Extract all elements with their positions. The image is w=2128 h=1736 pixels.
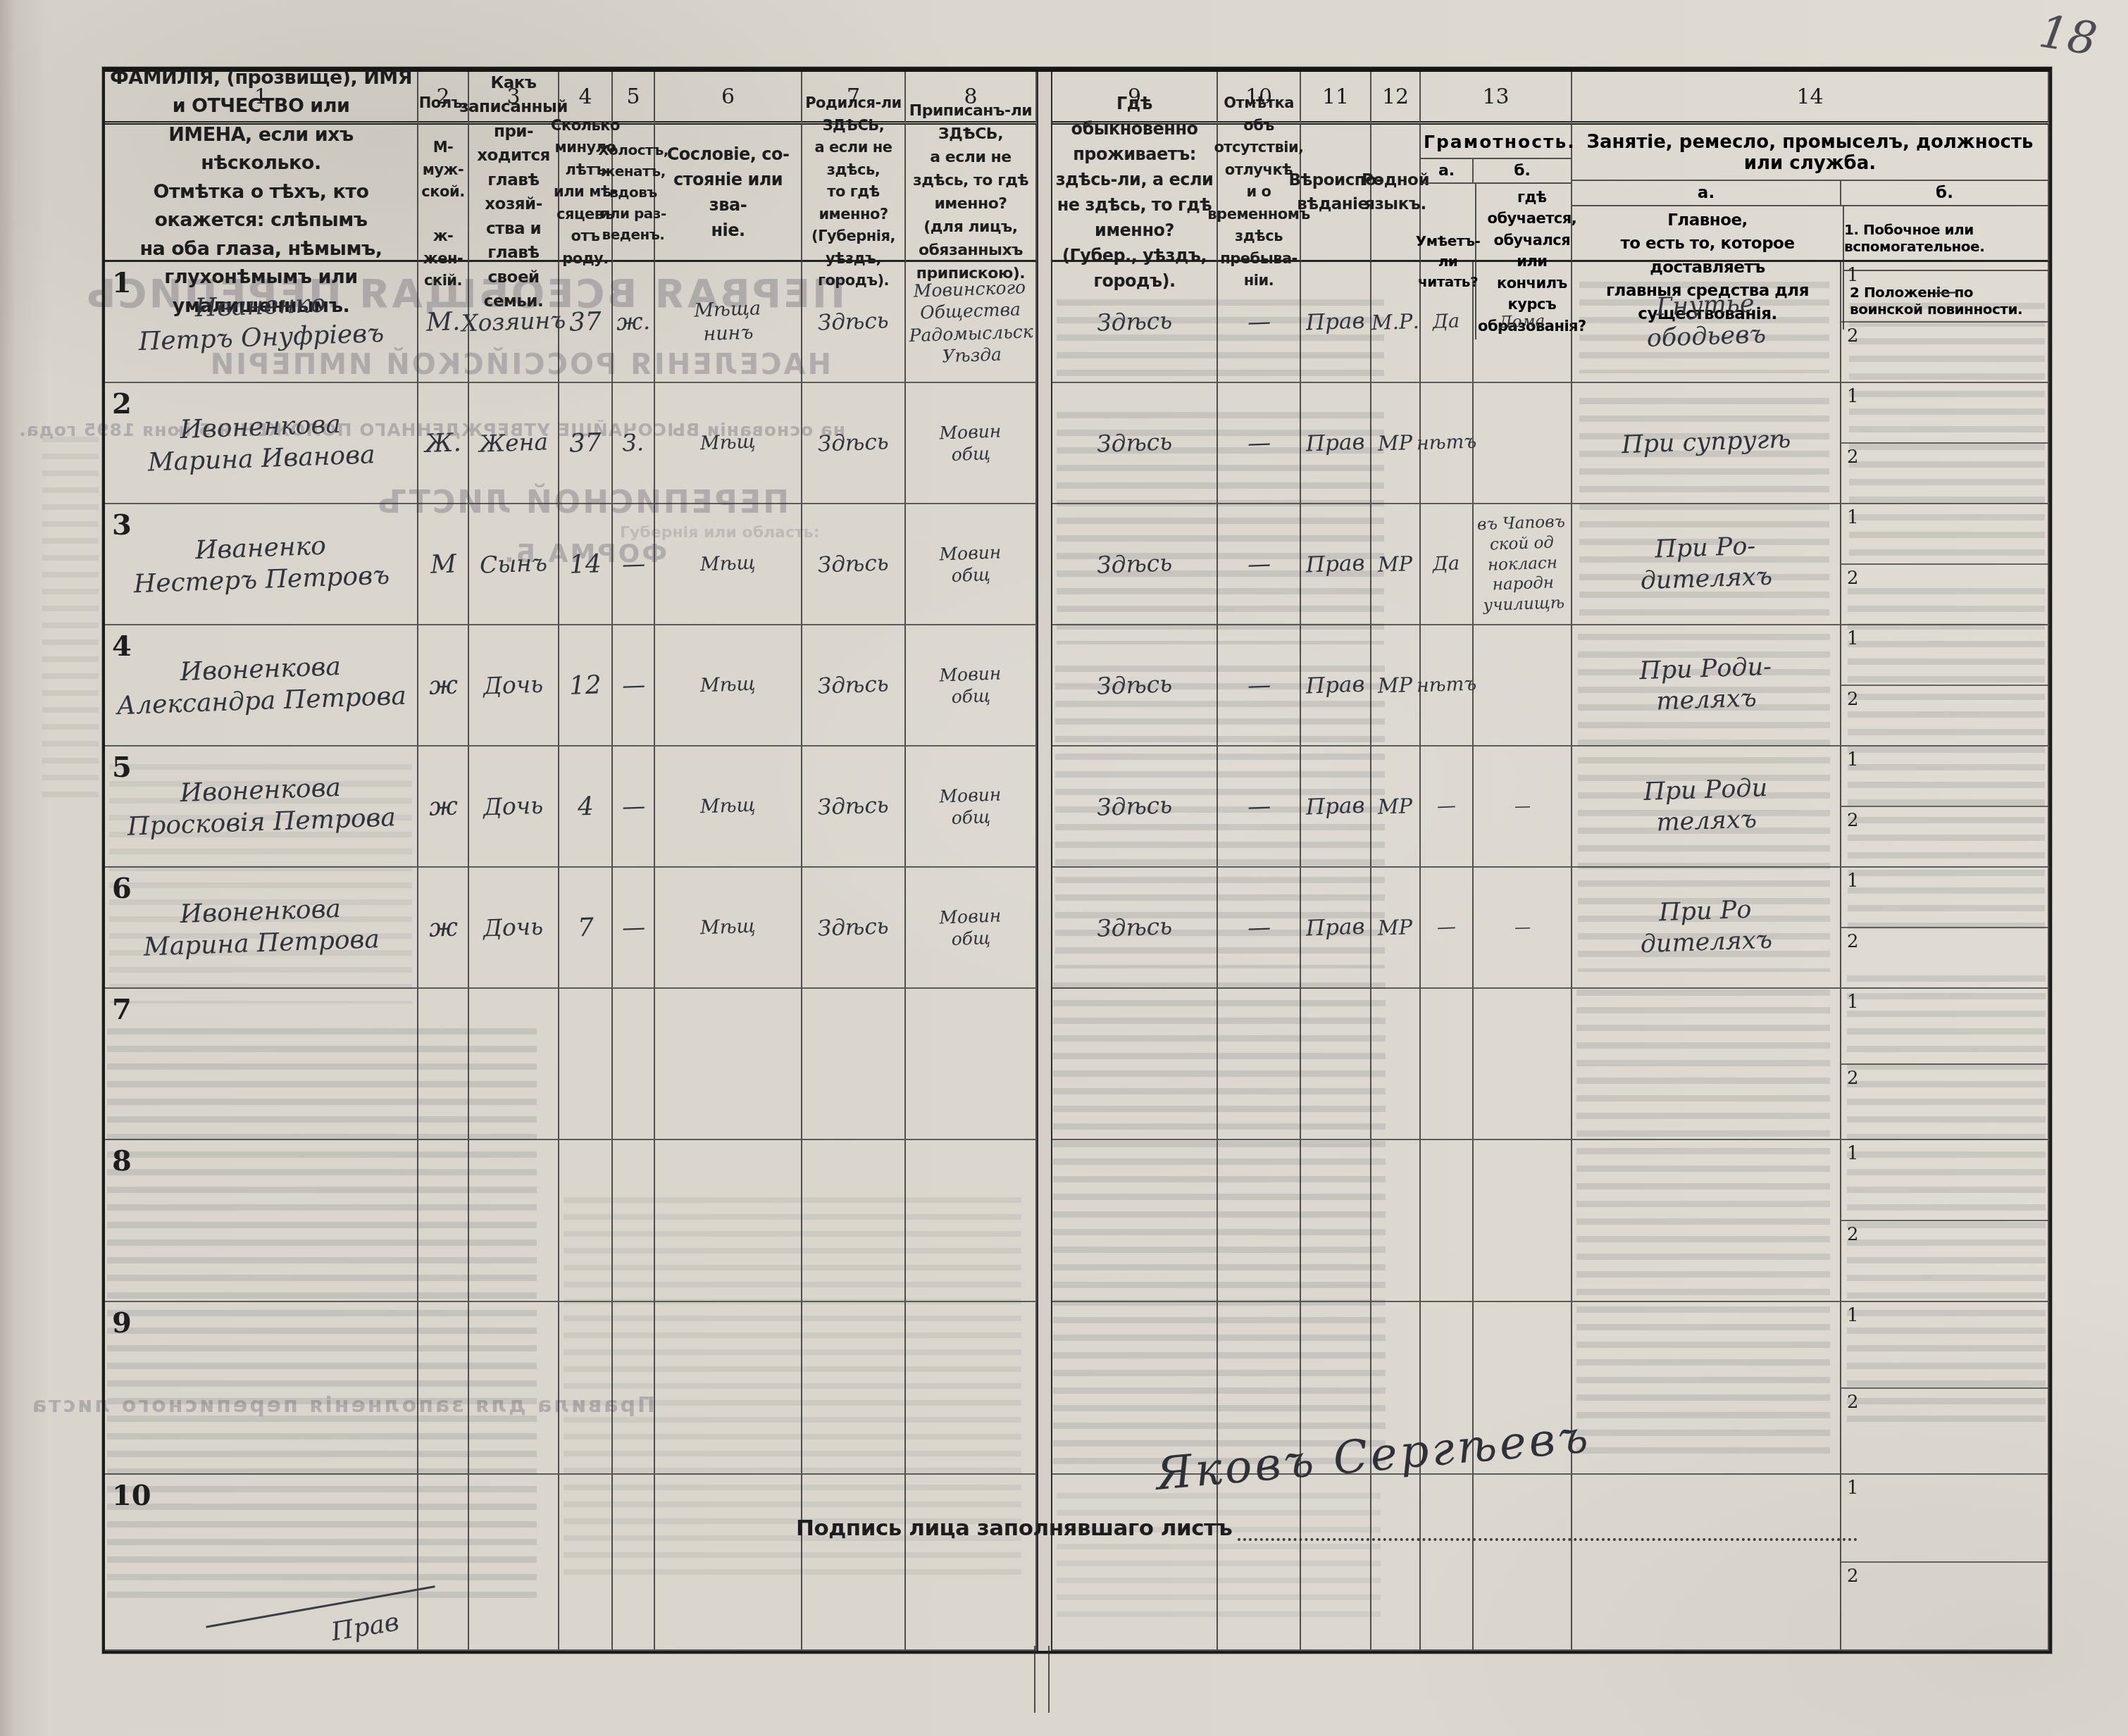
- cell-language: [1371, 1475, 1421, 1651]
- cell-literate: [1421, 1475, 1474, 1651]
- cell-side-occupation: 12: [1841, 1140, 2049, 1302]
- header-registration: Приписанъ-ли ЗДѢСЬ, а если не здѣсь, то …: [906, 125, 1037, 262]
- handwritten-religion: Прав: [1306, 913, 1366, 942]
- cell-occupation: При Ро- дителяхъ: [1572, 504, 1841, 625]
- handwritten-absence: —: [1247, 549, 1271, 579]
- cell-absence: —: [1218, 504, 1301, 625]
- cell-side-occupation: 12: [1841, 383, 2049, 504]
- col-number-11: 11: [1301, 72, 1371, 125]
- cell-marital: [613, 1302, 655, 1475]
- cell-name: Иваненко Петръ Онуфріевъ: [137, 286, 385, 358]
- cell-occupation: [1572, 1140, 1841, 1302]
- handwritten-marital: —: [621, 670, 645, 700]
- handwritten-relation: Дочь: [483, 912, 545, 943]
- sheet-fold-line: [1037, 989, 1052, 1140]
- row-number: 10: [112, 1479, 151, 1512]
- cell-religion: Прав: [1301, 625, 1371, 747]
- signature-label: Подпись лица заполнявшаго листъ: [796, 1516, 1232, 1541]
- handwritten-relation: Хозяинъ: [461, 306, 566, 338]
- handwritten-residence: Здѣсь: [1096, 427, 1172, 459]
- printed-sub-digit: 2: [1847, 568, 1859, 589]
- sub-row-2: 2: [1841, 1389, 2048, 1474]
- cell-estate: Мѣща нинъ: [655, 262, 802, 383]
- printed-sub-digit: 1: [1847, 507, 1859, 528]
- sub-row-1: 1: [1841, 868, 2048, 928]
- handwritten-language: М.Р.: [1371, 308, 1420, 336]
- cell-estate: [655, 1302, 802, 1475]
- cell-education: —: [1474, 747, 1572, 868]
- cell-born: Здѣсь: [802, 262, 906, 383]
- row-number: 9: [112, 1306, 132, 1340]
- handwritten-sex: М.: [425, 306, 461, 339]
- cell-marital: —: [613, 747, 655, 868]
- cell-residence: Здѣсь: [1052, 625, 1218, 747]
- cell-registered: Мовин общ: [906, 504, 1037, 625]
- row-number: 7: [112, 993, 132, 1026]
- cell-relation: [469, 989, 559, 1140]
- row-number: 6: [112, 872, 132, 905]
- cell-literate: нѣтъ: [1421, 625, 1474, 747]
- handwritten-born: Здѣсь: [818, 670, 890, 700]
- cell-age: 12: [559, 625, 613, 747]
- handwritten-age: 14: [568, 548, 602, 581]
- header-occupation-b: б.: [1841, 181, 2048, 205]
- page-number: 18: [2036, 6, 2101, 66]
- handwritten-marital: —: [621, 792, 645, 821]
- cell-residence: Здѣсь: [1052, 262, 1218, 383]
- cell-absence: —: [1218, 262, 1301, 383]
- cell-sex: [418, 1475, 469, 1651]
- cell-side-occupation: 12: [1841, 989, 2049, 1140]
- cell-name: Ивоненкова Александра Петрова: [116, 649, 407, 722]
- row-number: 2: [112, 387, 132, 420]
- cell-language: М.Р.: [1371, 262, 1421, 383]
- header-relation: Какъ записанный при- ходится главѣ хозяй…: [469, 125, 559, 262]
- cell-side-occupation: 12: [1841, 1302, 2049, 1475]
- sub-row-1: 1: [1841, 504, 2048, 565]
- handwritten-born: Здѣсь: [818, 307, 890, 337]
- cell-estate: Мѣщ: [655, 625, 802, 747]
- cell-religion: [1301, 1140, 1371, 1302]
- cell-literate: [1421, 1140, 1474, 1302]
- cell-registered: Мовин общ: [906, 625, 1037, 747]
- sub-row-1: 1: [1841, 1140, 2048, 1221]
- header-literacy-title: Грамотность.: [1421, 125, 1571, 159]
- handwritten-religion: Прав: [1306, 549, 1366, 579]
- handwritten-language: МР: [1378, 672, 1413, 699]
- cell-education: Дома: [1474, 262, 1572, 383]
- cell-occupation: При Роди- теляхъ: [1572, 625, 1841, 747]
- sub-row-2: 2: [1841, 323, 2048, 382]
- cell-registered: Мовин общ: [906, 868, 1037, 989]
- handwritten-literate: нѣтъ: [1416, 673, 1476, 699]
- handwritten-education: —: [1514, 917, 1531, 938]
- handwritten-marital: —: [621, 549, 645, 579]
- cell-name: Иваненко Нестеръ Петровъ: [132, 528, 390, 601]
- cell-absence: —: [1218, 383, 1301, 504]
- handwritten-literate: —: [1436, 916, 1456, 940]
- printed-sub-digit: 2: [1847, 1224, 1859, 1245]
- cell-literate: —: [1421, 747, 1474, 868]
- handwritten-relation: Дочь: [483, 791, 545, 822]
- printed-sub-digit: 1: [1847, 749, 1859, 770]
- cell-marital: З.: [613, 383, 655, 504]
- handwritten-residence: Здѣсь: [1096, 670, 1172, 701]
- handwritten-estate: Мѣщ: [700, 794, 757, 819]
- col-number-13: 13: [1421, 72, 1572, 125]
- sub-row-1: 1: [1841, 989, 2048, 1065]
- handwritten-religion: Прав: [1306, 428, 1366, 458]
- cell-born: Здѣсь: [802, 504, 906, 625]
- cell-residence: [1052, 1140, 1218, 1302]
- handwritten-age: 37: [568, 306, 602, 339]
- sub-row-2: 2: [1841, 686, 2048, 745]
- sheet-fold-line: [1037, 1302, 1052, 1475]
- cell-marital: [613, 1140, 655, 1302]
- header-occupation-group: Занятіе, ремесло, промыселъ, должность и…: [1572, 125, 2049, 262]
- printed-sub-digit: 1: [1847, 1478, 1859, 1499]
- handwritten-absence: —: [1247, 792, 1271, 821]
- handwritten-born: Здѣсь: [818, 792, 890, 821]
- printed-sub-digit: 1: [1847, 1143, 1859, 1164]
- cell-side-occupation: 1—2: [1841, 262, 2049, 383]
- cell-name: Ивоненкова Просковія Петрова: [125, 770, 396, 842]
- cell-side-occupation: 12: [1841, 868, 2049, 989]
- handwritten-relation: Сынъ: [479, 549, 547, 580]
- cell-born: [802, 1140, 906, 1302]
- cell-language: МР: [1371, 383, 1421, 504]
- printed-sub-digit: 1: [1847, 265, 1859, 286]
- cell-relation: [469, 1475, 559, 1651]
- cell-education: —: [1474, 868, 1572, 989]
- cell-born: Здѣсь: [802, 747, 906, 868]
- cell-literate: нѣтъ: [1421, 383, 1474, 504]
- header-occupation-title: Занятіе, ремесло, промыселъ, должность и…: [1572, 125, 2048, 181]
- cell-name: Ивоненкова Марина Иванова: [147, 407, 376, 478]
- header-name: ФАМИЛІЯ, (прозвище), ИМЯ и ОТЧЕСТВО или …: [105, 125, 418, 262]
- header-birthplace: Родился-ли ЗДѢСЬ, а если не здѣсь, то гд…: [802, 125, 906, 262]
- cell-literate: —: [1421, 868, 1474, 989]
- cell-age: [559, 1140, 613, 1302]
- handwritten-registered: Мовин общ: [939, 662, 1002, 708]
- cell-born: Здѣсь: [802, 383, 906, 504]
- cell-education: [1474, 625, 1572, 747]
- handwritten-literate: нѣтъ: [1416, 430, 1476, 456]
- cell-marital: [613, 1475, 655, 1651]
- cell-age: 37: [559, 383, 613, 504]
- cell-age: [559, 989, 613, 1140]
- cell-person: 3Иваненко Нестеръ Петровъ: [105, 504, 418, 625]
- cell-occupation: При Ро дителяхъ: [1572, 868, 1841, 989]
- handwritten-literate: Да: [1433, 309, 1460, 334]
- cell-religion: Прав: [1301, 747, 1371, 868]
- handwritten-absence: —: [1247, 670, 1271, 700]
- handwritten-age: 4: [577, 790, 594, 823]
- cell-age: 14: [559, 504, 613, 625]
- handwritten-relation: Дочь: [483, 670, 545, 701]
- cell-relation: Дочь: [469, 625, 559, 747]
- cell-age: 37: [559, 262, 613, 383]
- cell-sex: М: [418, 504, 469, 625]
- sheet-fold-line: [1037, 504, 1052, 625]
- cell-estate: [655, 1475, 802, 1651]
- row-number: 1: [112, 266, 132, 299]
- printed-sub-digit: 1: [1847, 1305, 1859, 1326]
- cell-absence: [1218, 1475, 1301, 1651]
- cell-occupation: При супругѣ: [1572, 383, 1841, 504]
- cell-age: 7: [559, 868, 613, 989]
- cell-marital: —: [613, 625, 655, 747]
- handwritten-residence: Здѣсь: [1096, 791, 1172, 823]
- row-number: 3: [112, 508, 132, 542]
- sub-row-1: 1: [1841, 1475, 2048, 1563]
- cell-name: Ивоненкова Марина Петрова: [142, 892, 380, 963]
- sheet-fold-line: [1037, 625, 1052, 747]
- cell-absence: —: [1218, 868, 1301, 989]
- handwritten-sex: ж: [428, 669, 458, 701]
- signature-row: Подпись лица заполнявшаго листъ: [796, 1514, 1858, 1541]
- cell-estate: Мѣщ: [655, 747, 802, 868]
- cell-person: 4Ивоненкова Александра Петрова: [105, 625, 418, 747]
- header-residence: Гдѣ обыкновенно проживаетъ: здѣсь-ли, а …: [1052, 125, 1218, 262]
- row-number: 8: [112, 1144, 132, 1178]
- cell-person: 1Иваненко Петръ Онуфріевъ: [105, 262, 418, 383]
- cell-age: [559, 1302, 613, 1475]
- cell-born: [802, 1302, 906, 1475]
- handwritten-sex: ж: [428, 911, 458, 944]
- cell-absence: —: [1218, 747, 1301, 868]
- cell-occupation: [1572, 1475, 1841, 1651]
- handwritten-absence: —: [1247, 428, 1271, 458]
- printed-sub-digit: 2: [1847, 1392, 1859, 1413]
- cell-occupation: [1572, 989, 1841, 1140]
- sub-row-1: 1: [1841, 1302, 2048, 1389]
- handwritten-education: Дома: [1499, 311, 1545, 332]
- cell-sex: ж: [418, 747, 469, 868]
- cell-sex: ж: [418, 868, 469, 989]
- cell-registered: Мовин общ: [906, 747, 1037, 868]
- printed-sub-digit: 1: [1847, 870, 1859, 892]
- cell-language: МР: [1371, 868, 1421, 989]
- header-marital: Холостъ, женатъ, вдовъ или раз- веденъ.: [613, 125, 655, 262]
- sheet-fold-line: [1037, 1475, 1052, 1651]
- cell-side-occupation: 12: [1841, 504, 2049, 625]
- sub-row-2: 2: [1841, 444, 2048, 503]
- cell-literate: [1421, 989, 1474, 1140]
- sheet-fold-line: [1037, 747, 1052, 868]
- sub-row-1: 1: [1841, 625, 2048, 686]
- cell-relation: Дочь: [469, 747, 559, 868]
- cell-estate: [655, 989, 802, 1140]
- cell-marital: —: [613, 868, 655, 989]
- cell-absence: —: [1218, 625, 1301, 747]
- handwritten-language: МР: [1378, 551, 1413, 577]
- cell-person: 8: [105, 1140, 418, 1302]
- handwritten-marital: —: [621, 913, 645, 942]
- handwritten-sex: Ж.: [424, 427, 461, 460]
- handwritten-residence: Здѣсь: [1096, 306, 1172, 338]
- cell-sex: [418, 1302, 469, 1475]
- handwritten-marital: ж.: [616, 307, 650, 337]
- printed-sub-digit: 2: [1847, 325, 1859, 346]
- cell-registered: [906, 1140, 1037, 1302]
- handwritten-occupation: При супругѣ: [1621, 425, 1791, 461]
- sub-row-2: 2: [1841, 565, 2048, 624]
- cell-side-occupation: 12: [1841, 747, 2049, 868]
- ghost-text-smudge: [42, 437, 99, 803]
- cell-religion: Прав: [1301, 262, 1371, 383]
- census-sheet-scan: ПЕРВАЯ ВСЕОБЩАЯ ПЕРЕПИСЬ НАСЕЛЕНІЯ РОССІ…: [0, 0, 2128, 1736]
- handwritten-occupation: Гнутье ободьевъ: [1645, 289, 1767, 354]
- printed-sub-digit: 1: [1847, 628, 1859, 649]
- handwritten-age: 7: [577, 911, 594, 944]
- handwritten-sex: М: [430, 548, 456, 580]
- sub-row-2: 2: [1841, 1221, 2048, 1301]
- cell-education: [1474, 1140, 1572, 1302]
- sheet-fold-line: [1037, 383, 1052, 504]
- cell-occupation: Гнутье ободьевъ: [1572, 262, 1841, 383]
- cell-religion: Прав: [1301, 868, 1371, 989]
- printed-sub-digit: 2: [1847, 1068, 1859, 1089]
- handwritten-registered: Мовин общ: [939, 783, 1002, 830]
- sub-row-2: 2: [1841, 807, 2048, 866]
- sub-row-1: 1—: [1841, 262, 2048, 323]
- cell-person: 7: [105, 989, 418, 1140]
- cell-born: Здѣсь: [802, 625, 906, 747]
- printed-sub-digit: 2: [1847, 689, 1859, 710]
- handwritten-language: МР: [1378, 793, 1413, 820]
- cell-relation: Дочь: [469, 868, 559, 989]
- census-table: 1 2 3 4 5 6 7 8 9 10 11 12 13 14 ФАМИЛІЯ…: [102, 67, 2052, 1654]
- cell-language: МР: [1371, 504, 1421, 625]
- handwritten-born: Здѣсь: [818, 913, 890, 942]
- handwritten-absence: —: [1247, 307, 1271, 337]
- sheet-fold-line: [1037, 72, 1052, 125]
- sheet-fold-line: [1034, 1646, 1050, 1713]
- cell-relation: Жена: [469, 383, 559, 504]
- handwritten-born: Здѣсь: [818, 428, 890, 458]
- cell-literate: Да: [1421, 262, 1474, 383]
- cell-language: МР: [1371, 747, 1421, 868]
- handwritten-relation: Жена: [478, 427, 548, 459]
- cell-residence: Здѣсь: [1052, 504, 1218, 625]
- handwritten-estate: Мѣщ: [700, 915, 757, 940]
- cell-age: 4: [559, 747, 613, 868]
- cell-person: 5Ивоненкова Просковія Петрова: [105, 747, 418, 868]
- cell-relation: [469, 1140, 559, 1302]
- cell-occupation: [1572, 1302, 1841, 1475]
- handwritten-age: 12: [568, 669, 602, 702]
- sub-row-1: 1: [1841, 383, 2048, 444]
- header-language: Родной языкъ.: [1371, 125, 1421, 262]
- handwritten-residence: Здѣсь: [1096, 912, 1172, 944]
- cell-estate: Мѣщ: [655, 868, 802, 989]
- cell-residence: Здѣсь: [1052, 747, 1218, 868]
- header-occupation-a: а.: [1572, 181, 1841, 205]
- cell-marital: ж.: [613, 262, 655, 383]
- cell-residence: [1052, 1475, 1218, 1651]
- cell-religion: [1301, 989, 1371, 1140]
- cell-sex: [418, 989, 469, 1140]
- cell-residence: Здѣсь: [1052, 383, 1218, 504]
- handwritten-education: —: [1514, 796, 1531, 817]
- cell-born: [802, 1475, 906, 1651]
- handwritten-language: МР: [1378, 914, 1413, 941]
- cell-occupation: При Роди теляхъ: [1572, 747, 1841, 868]
- cell-language: [1371, 989, 1421, 1140]
- printed-sub-digit: 2: [1847, 931, 1859, 952]
- cell-registered: Мовин общ: [906, 383, 1037, 504]
- header-literacy-b: б.: [1474, 159, 1571, 182]
- header-literacy-a: а.: [1421, 159, 1474, 182]
- cell-side-occupation: 12: [1841, 1475, 2049, 1651]
- cell-absence: [1218, 989, 1301, 1140]
- handwritten-estate: Мѣщ: [700, 430, 757, 456]
- handwritten-registered: Мовин общ: [939, 904, 1002, 951]
- cell-language: [1371, 1140, 1421, 1302]
- cell-registered: [906, 1475, 1037, 1651]
- cell-language: МР: [1371, 625, 1421, 747]
- cell-relation: [469, 1302, 559, 1475]
- handwritten-occupation: При Ро дителяхъ: [1639, 894, 1773, 961]
- cell-estate: Мѣщ: [655, 383, 802, 504]
- sheet-fold-line: [1037, 868, 1052, 989]
- sheet-fold-line: [1037, 125, 1052, 262]
- handwritten-registered: Мовин общ: [939, 541, 1002, 587]
- header-estate: Сословіе, со- стояніе или зва- ніе.: [655, 125, 802, 262]
- cell-relation: Сынъ: [469, 504, 559, 625]
- cell-registered: Мовинского Общества Радомысльск Уѣзда: [906, 262, 1037, 383]
- printed-sub-digit: 1: [1847, 386, 1859, 407]
- handwritten-literate: —: [1436, 794, 1456, 819]
- cell-age: [559, 1475, 613, 1651]
- cell-education: [1474, 1475, 1572, 1651]
- cell-registered: [906, 989, 1037, 1140]
- sub-row-1: 1: [1841, 747, 2048, 807]
- cell-registered: [906, 1302, 1037, 1475]
- cell-estate: Мѣщ: [655, 504, 802, 625]
- handwritten-absence: —: [1247, 913, 1271, 942]
- cell-religion: [1301, 1475, 1371, 1651]
- handwritten-literate: Да: [1433, 551, 1460, 576]
- handwritten-occupation: При Ро- дителяхъ: [1639, 531, 1773, 597]
- handwritten-religion: Прав: [1306, 792, 1366, 821]
- printed-sub-digit: 2: [1847, 810, 1859, 831]
- handwritten-occupation: При Роди теляхъ: [1643, 773, 1769, 839]
- cell-marital: [613, 989, 655, 1140]
- col-number-6: 6: [655, 72, 802, 125]
- sub-row-2: 2: [1841, 1065, 2048, 1139]
- header-literacy-group: Грамотность. а. б. Умѣетъ- ли читать? гд…: [1421, 125, 1572, 262]
- printed-sub-digit: 1: [1847, 992, 1859, 1013]
- cell-person: 6Ивоненкова Марина Петрова: [105, 868, 418, 989]
- printed-sub-digit: 2: [1847, 447, 1859, 468]
- cell-person: 2Ивоненкова Марина Иванова: [105, 383, 418, 504]
- cell-absence: [1218, 1140, 1301, 1302]
- sub-row-2: 2: [1841, 928, 2048, 987]
- cell-religion: Прав: [1301, 383, 1371, 504]
- handwritten-registered: Мовин общ: [939, 420, 1002, 466]
- cell-education: въ Чаповъ ской од нокласн народн училищѣ: [1474, 504, 1572, 625]
- cell-relation: Хозяинъ: [469, 262, 559, 383]
- printed-sub-digit: 2: [1847, 1566, 1859, 1587]
- cell-sex: Ж.: [418, 383, 469, 504]
- handwritten-estate: Мѣщ: [700, 551, 757, 577]
- handwritten-side: —: [1932, 276, 1957, 307]
- handwritten-marital: З.: [622, 428, 645, 458]
- handwritten-language: МР: [1378, 430, 1413, 456]
- handwritten-estate: Мѣща нинъ: [694, 297, 762, 347]
